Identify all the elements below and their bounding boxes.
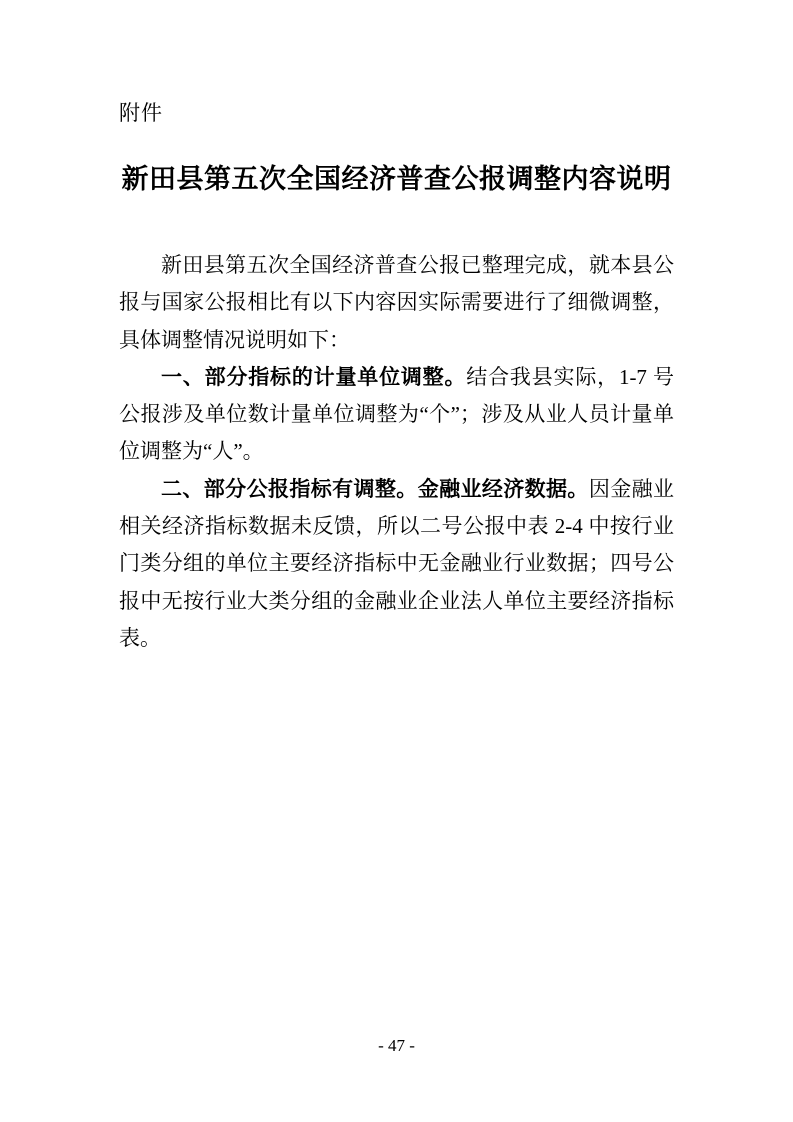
paragraph-item-1: 一、部分指标的计量单位调整。结合我县实际，1-7 号公报涉及单位数计量单位调整为… (119, 359, 674, 471)
paragraph-intro-text: 新田县第五次全国经济普查公报已整理完成，就本县公报与国家公报相比有以下内容因实际… (119, 253, 674, 352)
page-title: 新田县第五次全国经济普查公报调整内容说明 (60, 159, 733, 199)
page-number: - 47 - (0, 1034, 793, 1058)
document-page: 附件 新田县第五次全国经济普查公报调整内容说明 新田县第五次全国经济普查公报已整… (0, 0, 793, 1122)
paragraph-item-1-heading: 一、部分指标的计量单位调整。 (161, 366, 466, 389)
attachment-label: 附件 (119, 99, 163, 129)
paragraph-item-2-heading: 二、部分公报指标有调整。金融业经济数据。 (161, 478, 589, 501)
paragraph-item-2: 二、部分公报指标有调整。金融业经济数据。因金融业相关经济指标数据未反馈，所以二号… (119, 471, 674, 657)
paragraph-item-2-text: 因金融业相关经济指标数据未反馈，所以二号公报中表 2-4 中按行业门类分组的单位… (119, 477, 674, 650)
document-body: 新田县第五次全国经济普查公报已整理完成，就本县公报与国家公报相比有以下内容因实际… (119, 247, 674, 657)
paragraph-intro: 新田县第五次全国经济普查公报已整理完成，就本县公报与国家公报相比有以下内容因实际… (119, 247, 674, 359)
